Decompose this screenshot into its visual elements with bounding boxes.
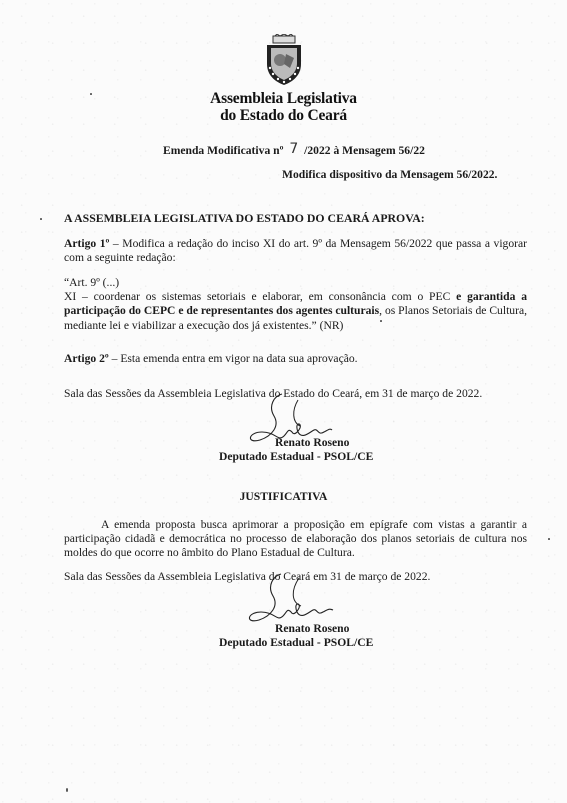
artigo-1-label: Artigo 1º	[64, 237, 109, 250]
signer-role-2: Deputado Estadual - PSOL/CE	[219, 636, 373, 650]
scan-speck	[548, 538, 550, 540]
quote-line1: “Art. 9º (...)	[64, 276, 119, 289]
signer-name-2: Renato Roseno	[275, 622, 349, 636]
header-title-line2: do Estado do Ceará	[0, 107, 567, 124]
artigo-2: Artigo 2º – Esta emenda entra em vigor n…	[64, 352, 527, 366]
emenda-number: 7	[289, 141, 298, 157]
aprova-heading: A ASSEMBLEIA LEGISLATIVA DO ESTADO DO CE…	[64, 211, 527, 225]
coat-of-arms-icon	[264, 34, 304, 86]
justificativa-text: A emenda proposta busca aprimorar a prop…	[64, 518, 527, 561]
scan-speck	[66, 788, 68, 792]
scan-speck	[40, 218, 42, 220]
emenda-prefix: Emenda Modificativa nº	[163, 144, 283, 157]
artigo-2-label: Artigo 2º	[64, 352, 109, 365]
justificativa-heading: JUSTIFICATIVA	[0, 490, 567, 503]
scan-speck	[90, 93, 92, 95]
emenda-subtitle: Modifica dispositivo da Mensagem 56/2022…	[282, 168, 497, 181]
emenda-title: Emenda Modificativa nº 7 /2022 à Mensage…	[163, 142, 425, 158]
emenda-suffix: /2022 à Mensagem 56/22	[304, 144, 425, 157]
scan-speck	[380, 320, 382, 322]
justificativa-paragraph: A emenda proposta busca aprimorar a prop…	[64, 518, 527, 559]
quote-part1: XI – coordenar os sistemas setoriais e e…	[64, 290, 456, 303]
artigo-1: Artigo 1º – Modifica a redação do inciso…	[64, 237, 527, 265]
artigo-2-text: – Esta emenda entra em vigor na data sua…	[109, 352, 358, 365]
header-title-line1: Assembleia Legislativa	[0, 90, 567, 107]
artigo-1-text: – Modifica a redação do inciso XI do art…	[64, 237, 527, 264]
signer-name-1: Renato Roseno	[275, 436, 349, 450]
quoted-article: “Art. 9º (...)XI – coordenar os sistemas…	[64, 276, 527, 333]
signer-role-1: Deputado Estadual - PSOL/CE	[219, 450, 373, 464]
